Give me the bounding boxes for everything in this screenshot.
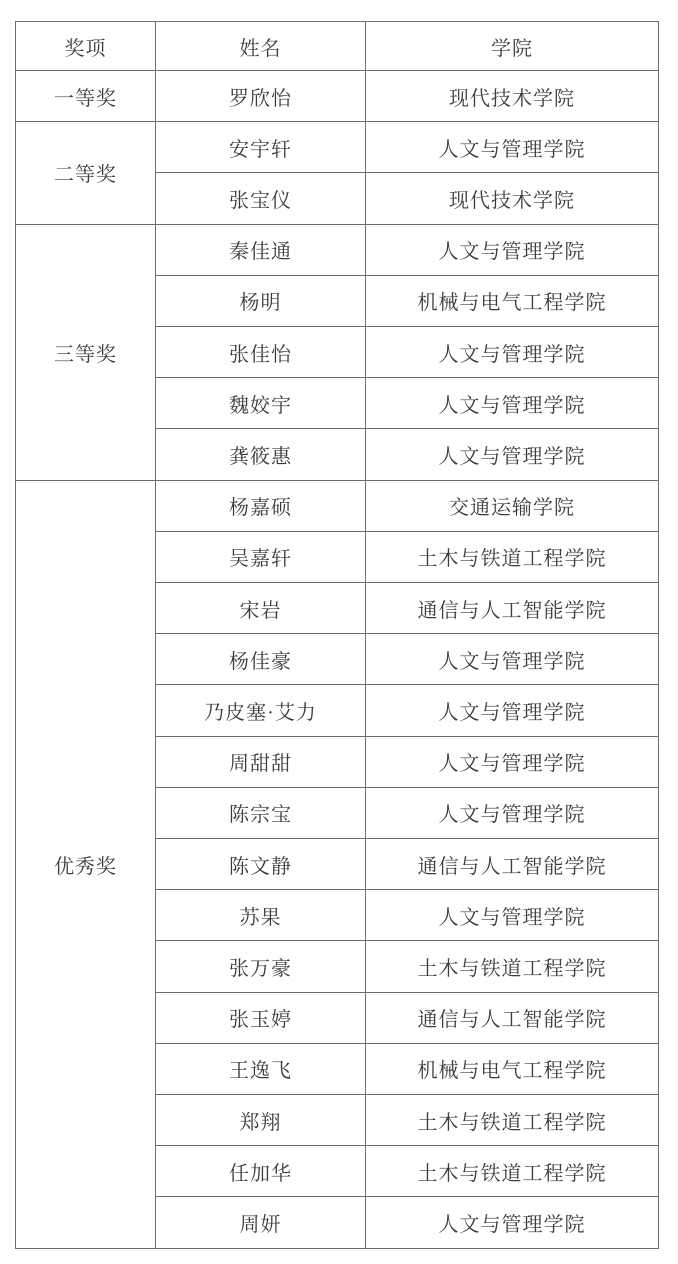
name-cell: 陈文静 bbox=[156, 839, 366, 890]
name-cell: 杨嘉硕 bbox=[156, 480, 366, 531]
table-row: 优秀奖杨嘉硕交通运输学院 bbox=[16, 480, 659, 531]
table-row: 三等奖秦佳通人文与管理学院 bbox=[16, 224, 659, 275]
college-cell: 交通运输学院 bbox=[366, 480, 659, 531]
award-cell: 一等奖 bbox=[16, 71, 156, 122]
name-cell: 周甜甜 bbox=[156, 736, 366, 787]
name-cell: 吴嘉轩 bbox=[156, 531, 366, 582]
name-cell: 张宝仪 bbox=[156, 173, 366, 224]
name-cell: 秦佳通 bbox=[156, 224, 366, 275]
college-cell: 人文与管理学院 bbox=[366, 429, 659, 480]
college-cell: 人文与管理学院 bbox=[366, 1197, 659, 1249]
table-row: 二等奖安宇轩人文与管理学院 bbox=[16, 122, 659, 173]
name-cell: 魏姣宇 bbox=[156, 378, 366, 429]
college-cell: 通信与人工智能学院 bbox=[366, 992, 659, 1043]
name-cell: 张玉婷 bbox=[156, 992, 366, 1043]
college-cell: 现代技术学院 bbox=[366, 71, 659, 122]
name-cell: 任加华 bbox=[156, 1146, 366, 1197]
college-cell: 土木与铁道工程学院 bbox=[366, 1146, 659, 1197]
award-cell: 优秀奖 bbox=[16, 480, 156, 1248]
name-cell: 张万豪 bbox=[156, 941, 366, 992]
college-cell: 通信与人工智能学院 bbox=[366, 839, 659, 890]
award-cell: 二等奖 bbox=[16, 122, 156, 224]
name-cell: 苏果 bbox=[156, 890, 366, 941]
header-college: 学院 bbox=[366, 22, 659, 71]
name-cell: 龚筱惠 bbox=[156, 429, 366, 480]
college-cell: 机械与电气工程学院 bbox=[366, 275, 659, 326]
name-cell: 张佳怡 bbox=[156, 327, 366, 378]
college-cell: 人文与管理学院 bbox=[366, 224, 659, 275]
college-cell: 人文与管理学院 bbox=[366, 787, 659, 838]
name-cell: 罗欣怡 bbox=[156, 71, 366, 122]
college-cell: 人文与管理学院 bbox=[366, 890, 659, 941]
college-cell: 土木与铁道工程学院 bbox=[366, 941, 659, 992]
college-cell: 人文与管理学院 bbox=[366, 122, 659, 173]
college-cell: 土木与铁道工程学院 bbox=[366, 531, 659, 582]
name-cell: 周妍 bbox=[156, 1197, 366, 1249]
college-cell: 土木与铁道工程学院 bbox=[366, 1095, 659, 1146]
table-row: 一等奖罗欣怡现代技术学院 bbox=[16, 71, 659, 122]
college-cell: 人文与管理学院 bbox=[366, 378, 659, 429]
college-cell: 通信与人工智能学院 bbox=[366, 583, 659, 634]
award-cell: 三等奖 bbox=[16, 224, 156, 480]
college-cell: 人文与管理学院 bbox=[366, 685, 659, 736]
name-cell: 王逸飞 bbox=[156, 1043, 366, 1094]
table-body: 一等奖罗欣怡现代技术学院二等奖安宇轩人文与管理学院张宝仪现代技术学院三等奖秦佳通… bbox=[16, 71, 659, 1249]
document-page: 奖项 姓名 学院 一等奖罗欣怡现代技术学院二等奖安宇轩人文与管理学院张宝仪现代技… bbox=[0, 0, 678, 1264]
awards-table: 奖项 姓名 学院 一等奖罗欣怡现代技术学院二等奖安宇轩人文与管理学院张宝仪现代技… bbox=[15, 21, 659, 1249]
college-cell: 人文与管理学院 bbox=[366, 634, 659, 685]
college-cell: 现代技术学院 bbox=[366, 173, 659, 224]
college-cell: 人文与管理学院 bbox=[366, 327, 659, 378]
name-cell: 郑翔 bbox=[156, 1095, 366, 1146]
header-award: 奖项 bbox=[16, 22, 156, 71]
college-cell: 人文与管理学院 bbox=[366, 736, 659, 787]
header-name: 姓名 bbox=[156, 22, 366, 71]
college-cell: 机械与电气工程学院 bbox=[366, 1043, 659, 1094]
name-cell: 安宇轩 bbox=[156, 122, 366, 173]
header-row: 奖项 姓名 学院 bbox=[16, 22, 659, 71]
name-cell: 乃皮塞·艾力 bbox=[156, 685, 366, 736]
name-cell: 宋岩 bbox=[156, 583, 366, 634]
name-cell: 杨佳豪 bbox=[156, 634, 366, 685]
name-cell: 陈宗宝 bbox=[156, 787, 366, 838]
name-cell: 杨明 bbox=[156, 275, 366, 326]
